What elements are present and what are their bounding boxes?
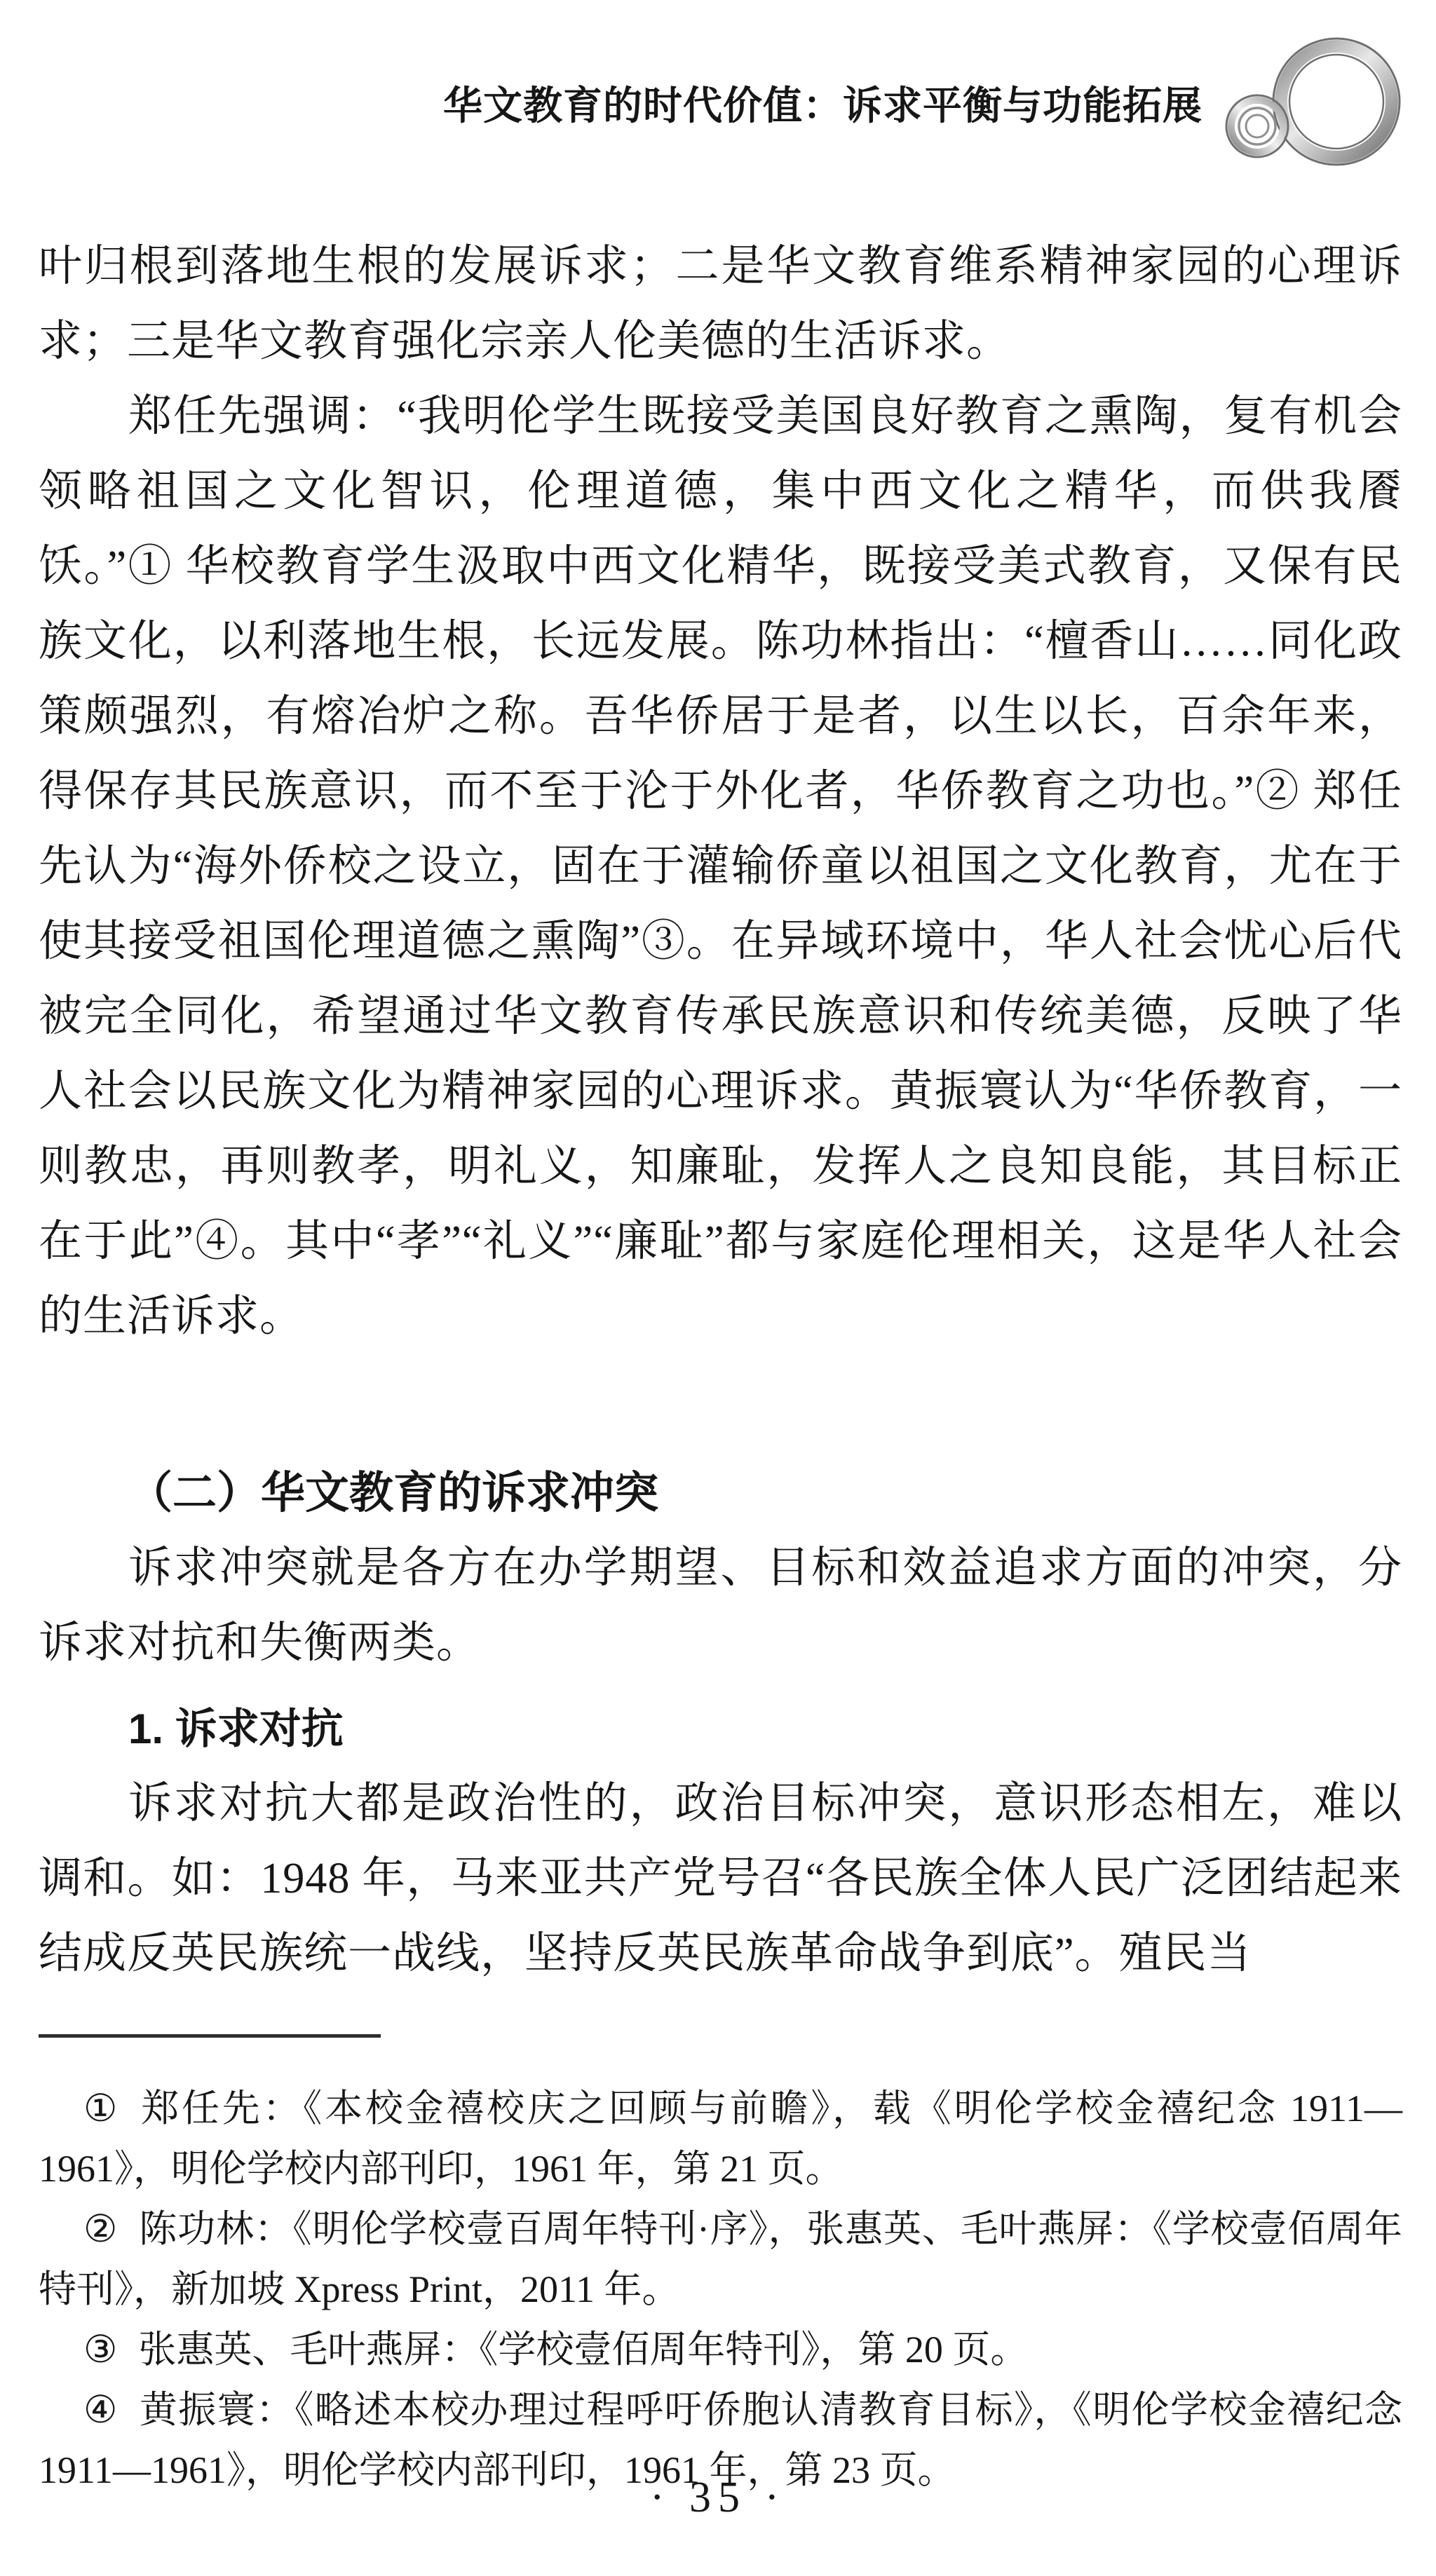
footnote-item: ③张惠英、毛叶燕屏：《学校壹佰周年特刊》，第 20 页。 (39, 2319, 1402, 2380)
running-header-title: 华文教育的时代价值：诉求平衡与功能拓展 (0, 81, 1203, 130)
footnote-marker: ④ (83, 2389, 118, 2431)
paragraph: 郑任先强调：“我明伦学生既接受美国良好教育之熏陶，复有机会领略祖国之文化智识，伦… (39, 379, 1402, 1354)
paragraph-continuation: 叶归根到落地生根的发展诉求；二是华文教育维系精神家园的心理诉求；三是华文教育强化… (39, 229, 1402, 379)
section-heading: （二）华文教育的诉求冲突 (39, 1456, 1402, 1531)
double-ring-logo-icon (1217, 32, 1406, 168)
footnote-text: 张惠英、毛叶燕屏：《学校壹佰周年特刊》，第 20 页。 (138, 2329, 1028, 2371)
footnote-marker: ③ (83, 2329, 117, 2371)
footnote-text: 郑任先：《本校金禧校庆之回顾与前瞻》，载《明伦学校金禧纪念 1911—1961》… (39, 2087, 1402, 2190)
footnote-separator (39, 2034, 381, 2038)
footnotes-section: ①郑任先：《本校金禧校庆之回顾与前瞻》，载《明伦学校金禧纪念 1911—1961… (39, 2034, 1402, 2500)
paragraph: 诉求对抗大都是政治性的，政治目标冲突，意识形态相左，难以调和。如：1948 年，… (39, 1766, 1402, 1991)
footnote-marker: ① (83, 2087, 120, 2129)
book-page: 华文教育的时代价值：诉求平衡与功能拓展 叶归根到落地生根的发展诉求；二是华文教育… (0, 0, 1436, 2576)
footnote-text: 陈功林：《明伦学校壹百周年特刊·序》，张惠英、毛叶燕屏：《学校壹佰周年特刊》，新… (39, 2208, 1402, 2310)
footnote-item: ②陈功林：《明伦学校壹百周年特刊·序》，张惠英、毛叶燕屏：《学校壹佰周年特刊》，… (39, 2199, 1402, 2319)
footnote-item: ①郑任先：《本校金禧校庆之回顾与前瞻》，载《明伦学校金禧纪念 1911—1961… (39, 2078, 1402, 2199)
subsection-heading: 1. 诉求对抗 (39, 1691, 1402, 1766)
footnote-marker: ② (83, 2208, 118, 2250)
page-number: · 35 · (0, 2473, 1436, 2523)
paragraph: 诉求冲突就是各方在办学期望、目标和效益追求方面的冲突，分诉求对抗和失衡两类。 (39, 1531, 1402, 1681)
page-body: 叶归根到落地生根的发展诉求；二是华文教育维系精神家园的心理诉求；三是华文教育强化… (39, 229, 1402, 1991)
